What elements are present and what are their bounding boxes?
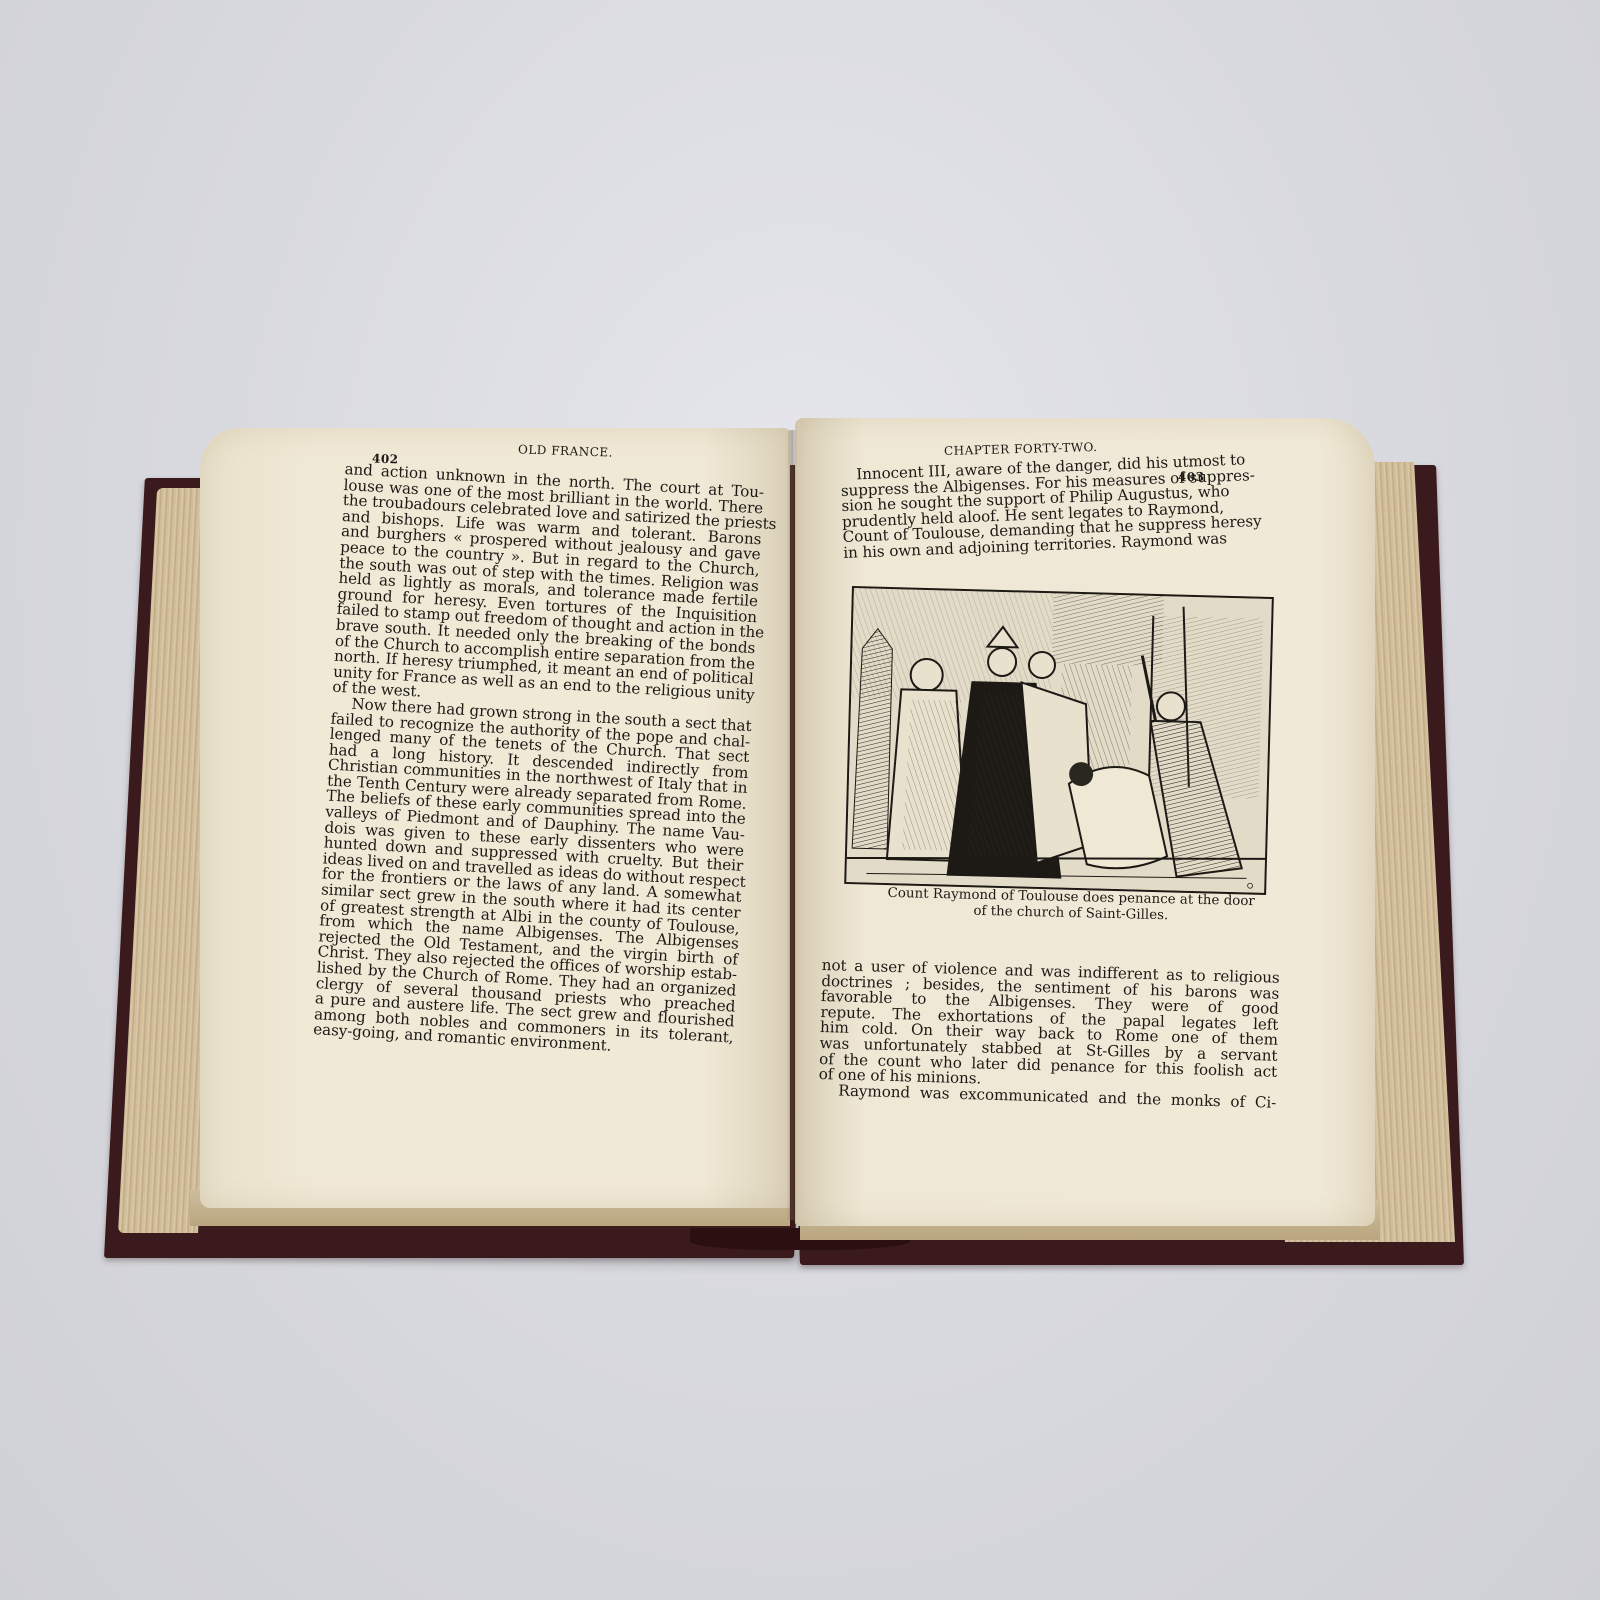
book-gutter bbox=[787, 430, 797, 1220]
penance-scene-icon: ഠ bbox=[846, 588, 1272, 893]
left-page-body: and action unknown in the north. The cou… bbox=[313, 462, 765, 1062]
right-page-body-top: Innocent III, aware of the danger, did h… bbox=[840, 453, 1223, 561]
illustration-engraving: ഠ bbox=[844, 586, 1274, 895]
right-page-body-bottom: not a user of violence and was indiffere… bbox=[818, 958, 1280, 1111]
svg-text:ഠ: ഠ bbox=[1246, 880, 1253, 891]
